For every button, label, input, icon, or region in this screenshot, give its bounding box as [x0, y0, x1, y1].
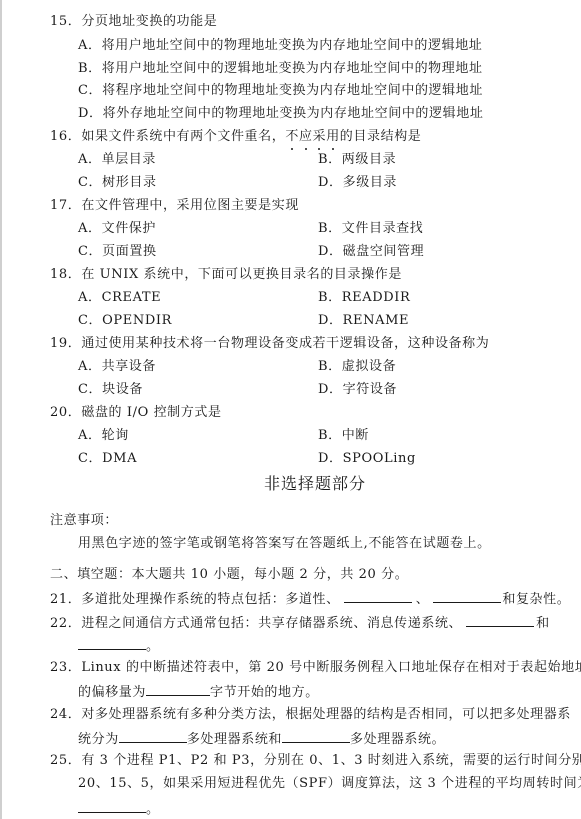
option-text: 字符设备 — [343, 382, 397, 397]
fill-in-header: 二、填空题：本大题共 10 小题，每小题 2 分，共 20 分。 — [50, 567, 408, 583]
question-number: 15． — [50, 14, 81, 30]
option-text: 页面置换 — [102, 244, 156, 259]
question-17: 17．在文件管理中，采用位图主要是实现 — [50, 198, 299, 214]
question-text: 多处理器系统和 — [187, 732, 282, 747]
answer-blank[interactable] — [344, 590, 412, 603]
question-number: 19． — [50, 336, 81, 352]
question-22: 22．进程之间通信方式通常包括：共享存储器系统、消息传递系统、和 — [50, 614, 550, 632]
option-text: 块设备 — [102, 382, 143, 397]
question-stem: 在文件管理中，采用位图主要是实现 — [81, 198, 299, 213]
option-16-d: D．多级目录 — [318, 175, 397, 191]
option-text: 磁盘空间管理 — [343, 244, 425, 259]
option-label: D． — [318, 244, 343, 260]
question-15: 15．分页地址变换的功能是 — [50, 14, 217, 30]
option-label: D． — [318, 382, 343, 398]
option-16-a: A．单层目录 — [78, 152, 156, 168]
option-text: OPENDIR — [102, 313, 172, 328]
option-17-c: C．页面置换 — [78, 244, 157, 260]
option-text: 两级目录 — [342, 152, 396, 167]
question-text: 、 — [416, 592, 430, 607]
option-label: A． — [78, 221, 102, 237]
option-label: A． — [78, 290, 102, 306]
option-15-b: B．将用户地址空间中的逻辑地址变换为内存地址空间中的物理地址 — [78, 61, 483, 77]
option-19-b: B．虚拟设备 — [318, 359, 396, 375]
option-label: B． — [318, 428, 342, 444]
question-21: 21．多道批处理操作系统的特点包括：多道性、、和复杂性。 — [50, 590, 570, 608]
question-text: 有 3 个进程 P1、P2 和 P3，分别在 0、1、3 时刻进入系统，需要的运… — [81, 753, 581, 768]
question-number: 20． — [50, 405, 81, 421]
question-23-continued: 的偏移量为字节开始的地方。 — [78, 683, 319, 701]
question-25-line2: 20、15、5，如果采用短进程优先（SPF）调度算法，这 3 个进程的平均周转时… — [78, 776, 581, 792]
option-text: 轮询 — [102, 428, 129, 443]
question-text: 。 — [146, 802, 160, 817]
option-19-a: A．共享设备 — [78, 359, 156, 375]
option-label: D． — [318, 175, 343, 191]
option-label: B． — [318, 359, 342, 375]
emphasis-char: 采 — [313, 129, 327, 145]
option-text: 将用户地址空间中的物理地址变换为内存地址空间中的逻辑地址 — [102, 38, 483, 53]
question-number: 25． — [50, 753, 81, 768]
emphasis-char: 不 — [285, 129, 299, 145]
page-edge — [0, 0, 2, 819]
option-label: C． — [78, 244, 102, 260]
option-20-a: A．轮询 — [78, 428, 129, 444]
question-24-continued: 统分为多处理器系统和多处理器系统。 — [78, 730, 445, 748]
question-22-continued: 。 — [78, 637, 160, 655]
answer-blank[interactable] — [119, 730, 187, 743]
option-text: 文件保护 — [102, 221, 156, 236]
option-19-c: C．块设备 — [78, 382, 143, 398]
option-label: C． — [78, 175, 102, 191]
option-text: SPOOLing — [343, 451, 416, 466]
option-text: READDIR — [342, 290, 411, 305]
question-text: 和复杂性。 — [502, 592, 570, 607]
question-number: 18． — [50, 267, 81, 283]
option-label: B． — [318, 290, 342, 306]
question-24: 24．对多处理器系统有多种分类方法，根据处理器的结构是否相同，可以把多处理器系 — [50, 707, 571, 723]
question-text: 对多处理器系统有多种分类方法，根据处理器的结构是否相同，可以把多处理器系 — [81, 707, 571, 722]
question-stem: 在 UNIX 系统中，下面可以更换目录名的目录操作是 — [81, 267, 402, 282]
option-18-d: D．RENAME — [318, 313, 409, 329]
option-label: A． — [78, 152, 102, 168]
notice-text: 用黑色字迹的签字笔或钢笔将答案写在答题纸上,不能答在试题卷上。 — [78, 536, 491, 552]
option-text: 多级目录 — [343, 175, 397, 190]
option-text: 中断 — [342, 428, 369, 443]
option-label: C． — [78, 382, 102, 398]
option-16-b: B．两级目录 — [318, 152, 396, 168]
option-text: CREATE — [102, 290, 162, 305]
question-number: 16． — [50, 129, 81, 145]
emphasis-char: 应 — [299, 129, 313, 145]
question-number: 24． — [50, 707, 81, 722]
question-number: 22． — [50, 616, 81, 631]
option-17-d: D．磁盘空间管理 — [318, 244, 424, 260]
question-text: 。 — [146, 639, 160, 654]
option-text: 单层目录 — [102, 152, 156, 167]
option-17-b: B．文件目录查找 — [318, 221, 423, 237]
option-20-c: C．DMA — [78, 451, 137, 467]
option-20-b: B．中断 — [318, 428, 369, 444]
question-text: 多道批处理操作系统的特点包括：多道性、 — [81, 592, 339, 607]
option-18-b: B．READDIR — [318, 290, 410, 306]
question-25: 25．有 3 个进程 P1、P2 和 P3，分别在 0、1、3 时刻进入系统，需… — [50, 753, 581, 769]
question-text: Linux 的中断描述符表中，第 20 号中断服务例程入口地址保存在相对于表起始… — [81, 660, 581, 675]
option-label: C． — [78, 83, 102, 99]
question-stem-before: 如果文件系统中有两个文件重名， — [81, 129, 285, 144]
question-20: 20．磁盘的 I/O 控制方式是 — [50, 405, 222, 421]
question-19: 19．通过使用某种技术将一台物理设备变成若干逻辑设备，这种设备称为 — [50, 336, 489, 352]
option-text: 共享设备 — [102, 359, 156, 374]
option-text: DMA — [102, 451, 137, 466]
question-stem: 磁盘的 I/O 控制方式是 — [81, 405, 221, 420]
option-label: A． — [78, 359, 102, 375]
question-stem: 分页地址变换的功能是 — [81, 14, 217, 29]
question-number: 17． — [50, 198, 81, 214]
option-label: B． — [78, 61, 102, 77]
question-number: 21． — [50, 592, 81, 607]
question-23: 23．Linux 的中断描述符表中，第 20 号中断服务例程入口地址保存在相对于… — [50, 660, 581, 676]
question-text: 进程之间通信方式通常包括：共享存储器系统、消息传递系统、 — [81, 616, 462, 631]
question-25-continued: 。 — [78, 800, 160, 818]
question-text: 字节开始的地方。 — [210, 685, 319, 700]
option-15-c: C．将程序地址空间中的物理地址变换为内存地址空间中的逻辑地址 — [78, 83, 483, 99]
question-text: 多处理器系统。 — [350, 732, 445, 747]
option-label: D． — [318, 451, 343, 467]
option-label: A． — [78, 38, 102, 54]
option-label: D． — [78, 106, 103, 122]
notice-title: 注意事项： — [50, 513, 118, 529]
answer-blank[interactable] — [433, 590, 501, 603]
option-label: B． — [318, 152, 342, 168]
option-17-a: A．文件保护 — [78, 221, 156, 237]
option-text: RENAME — [343, 313, 409, 328]
question-16: 16．如果文件系统中有两个文件重名，不应采用的目录结构是 — [50, 129, 421, 145]
option-15-a: A．将用户地址空间中的物理地址变换为内存地址空间中的逻辑地址 — [78, 38, 482, 54]
option-label: B． — [318, 221, 342, 237]
answer-blank[interactable] — [282, 730, 350, 743]
option-text: 树形目录 — [102, 175, 156, 190]
option-15-d: D．将外存地址空间中的物理地址变换为内存地址空间中的逻辑地址 — [78, 106, 483, 122]
question-text: 的偏移量为 — [78, 685, 146, 700]
option-18-a: A．CREATE — [78, 290, 161, 306]
option-text: 将用户地址空间中的逻辑地址变换为内存地址空间中的物理地址 — [102, 61, 483, 76]
question-stem: 通过使用某种技术将一台物理设备变成若干逻辑设备，这种设备称为 — [81, 336, 489, 351]
option-19-d: D．字符设备 — [318, 382, 397, 398]
question-number: 23． — [50, 660, 81, 675]
option-text: 将外存地址空间中的物理地址变换为内存地址空间中的逻辑地址 — [103, 106, 484, 121]
option-20-d: D．SPOOLing — [318, 451, 416, 467]
option-label: C． — [78, 313, 102, 329]
answer-blank[interactable] — [78, 800, 146, 813]
answer-blank[interactable] — [146, 683, 210, 696]
option-text: 虚拟设备 — [342, 359, 396, 374]
question-stem-after: 的目录结构是 — [340, 129, 422, 144]
section-heading: 非选择题部分 — [264, 474, 366, 494]
option-text: 将程序地址空间中的物理地址变换为内存地址空间中的逻辑地址 — [102, 83, 483, 98]
question-text: 统分为 — [78, 732, 119, 747]
answer-blank[interactable] — [466, 614, 534, 627]
option-16-c: C．树形目录 — [78, 175, 157, 191]
option-label: C． — [78, 451, 102, 467]
question-text: 和 — [536, 616, 550, 631]
option-text: 文件目录查找 — [342, 221, 424, 236]
option-label: A． — [78, 428, 102, 444]
answer-blank[interactable] — [78, 637, 146, 650]
emphasis-char: 用 — [326, 129, 340, 145]
question-18: 18．在 UNIX 系统中，下面可以更换目录名的目录操作是 — [50, 267, 402, 283]
option-18-c: C．OPENDIR — [78, 313, 172, 329]
option-label: D． — [318, 313, 343, 329]
